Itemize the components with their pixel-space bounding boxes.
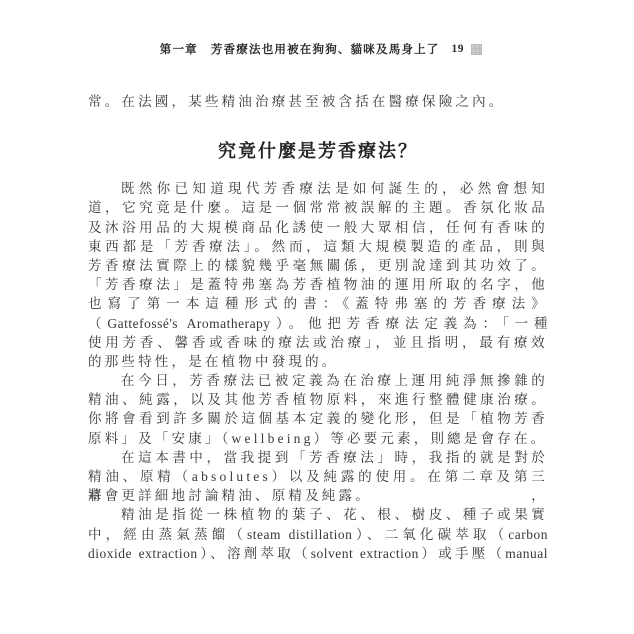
paragraph: 既然你已知道現代芳香療法是如何誕生的，必然會想知道，它究竟是什麼。這是一個常常被…	[88, 179, 548, 371]
page-number: 19	[452, 43, 465, 55]
body-line: 「芳香療法」是蓋特弗塞為芳香植物油的運用所取的名字，他	[88, 275, 548, 294]
paragraph: 精油是指從一株植物的葉子、花、根、樹皮、種子或果實中，經由蒸氣蒸餾（steam …	[88, 505, 548, 563]
paragraph: 在這本書中，當我提到「芳香療法」時，我指的就是對於精油、原精（absolutes…	[88, 448, 548, 506]
body-line: 精油、純露，以及其他芳香植物原料，來進行整體健康治療。	[88, 390, 548, 409]
body-line: 東西都是「芳香療法」。然而，這類大規模製造的產品，則與	[88, 237, 548, 256]
body-line: 在這本書中，當我提到「芳香療法」時，我指的就是對於	[88, 448, 548, 467]
body-line: 芳香療法實際上的樣貌幾乎毫無關係，更別說達到其功效了。	[88, 256, 548, 275]
chapter-label: 第一章	[160, 41, 198, 57]
body-line: 及沐浴用品的大規模商品化誘使一般大眾相信，任何有香味的	[88, 218, 548, 237]
running-head: 第一章 芳香療法也用被在狗狗、貓咪及馬身上了 19	[160, 41, 482, 57]
chapter-title: 芳香療法也用被在狗狗、貓咪及馬身上了	[211, 41, 440, 57]
continuation-line: 常。在法國，某些精油治療甚至被含括在醫療保險之內。	[88, 92, 548, 111]
paragraphs: 既然你已知道現代芳香療法是如何誕生的，必然會想知道，它究竟是什麼。這是一個常常被…	[88, 179, 548, 563]
body-line: dioxide extraction）、溶劑萃取（solvent extract…	[88, 544, 548, 563]
body-line: 使用芳香、馨香或香味的療法或治療」，並且指明，最有療效	[88, 333, 548, 352]
body-line: 在今日，芳香療法已被定義為在治療上運用純淨無摻雜的	[88, 371, 548, 390]
body-line: 道，它究竟是什麼。這是一個常常被誤解的主題。香氛化妝品	[88, 198, 548, 217]
body-line: 精油是指從一株植物的葉子、花、根、樹皮、種子或果實	[88, 505, 548, 524]
text-column: 常。在法國，某些精油治療甚至被含括在醫療保險之內。 究竟什麼是芳香療法？ 既然你…	[88, 92, 548, 563]
body-line: 原料」及「安康」（wellbeing）等必要元素，則總是會存在。	[88, 429, 548, 448]
section-heading: 究竟什麼是芳香療法？	[88, 139, 548, 164]
paragraph: 在今日，芳香療法已被定義為在治療上運用純淨無摻雜的精油、純露，以及其他芳香植物原…	[88, 371, 548, 448]
body-line: 精油、原精（absolutes）以及純露的使用。在第二章及第三章，	[88, 467, 548, 486]
body-line: 既然你已知道現代芳香療法是如何誕生的，必然會想知	[88, 179, 548, 198]
body-line: 的那些特性，是在植物中發現的。	[88, 352, 548, 371]
grid-square-icon	[471, 44, 482, 55]
book-page: 第一章 芳香療法也用被在狗狗、貓咪及馬身上了 19 常。在法國，某些精油治療甚至…	[0, 0, 634, 634]
body-line: 你將會看到許多關於這個基本定義的變化形，但是「植物芳香	[88, 409, 548, 428]
body-line: （Gattefossé's Aromatherapy）。他把芳香療法定義為：「一…	[88, 314, 548, 333]
body-line: 也寫了第一本這種形式的書：《蓋特弗塞的芳香療法》	[88, 294, 548, 313]
body-line: 中，經由蒸氣蒸餾（steam distillation）、二氧化碳萃取（carb…	[88, 525, 548, 544]
